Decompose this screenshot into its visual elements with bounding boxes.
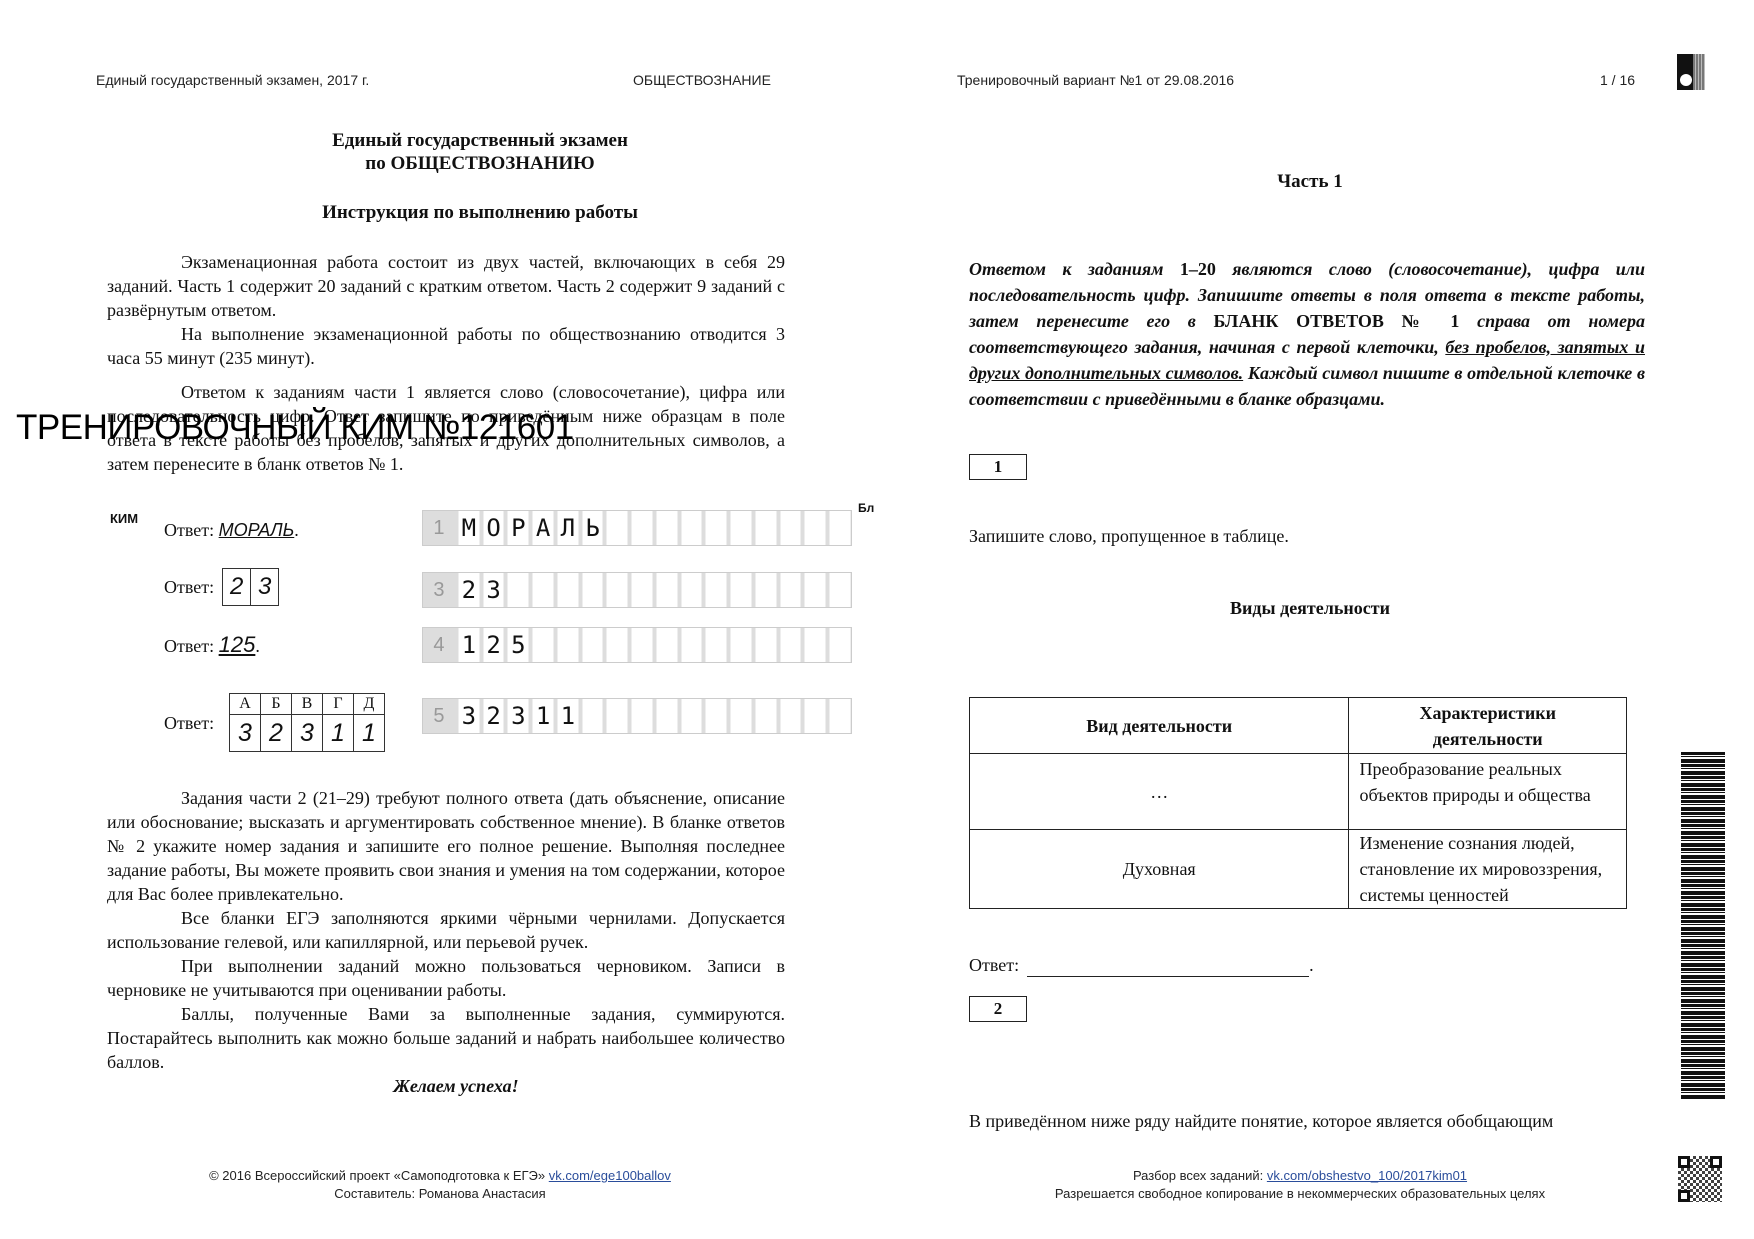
answer-table-header: Д bbox=[354, 694, 385, 715]
qr-code-icon bbox=[1678, 1156, 1722, 1202]
blank-cell bbox=[829, 573, 851, 607]
blank-cell bbox=[780, 511, 802, 545]
answer-table-header: А bbox=[230, 694, 261, 715]
answer-field[interactable] bbox=[1027, 956, 1309, 977]
blank-task-number: 1 bbox=[423, 511, 455, 545]
part-title: Часть 1 bbox=[1230, 171, 1390, 193]
header-subject: ОБЩЕСТВОЗНАНИЕ bbox=[633, 72, 771, 88]
blank-cell bbox=[656, 628, 678, 662]
task-2-number: 2 bbox=[969, 996, 1027, 1022]
blank-cell bbox=[606, 699, 628, 733]
right-footer: Разбор всех заданий: vk.com/obshestvo_10… bbox=[1000, 1167, 1600, 1203]
blank-cell: Р bbox=[507, 511, 529, 545]
task-1-text: Запишите слово, пропущенное в таблице. bbox=[969, 524, 1289, 548]
blank-cell bbox=[606, 573, 628, 607]
table-cell: Духовная bbox=[970, 830, 1349, 909]
blank-cell bbox=[606, 628, 628, 662]
blank-cell bbox=[631, 511, 653, 545]
blank-cell: А bbox=[532, 511, 554, 545]
blank-cell bbox=[705, 628, 727, 662]
blank-task-number: 5 bbox=[423, 699, 455, 733]
answer-blank-row: 4125 bbox=[422, 627, 852, 663]
handwritten-answer: МОРАЛЬ bbox=[219, 520, 295, 540]
answer-blank-row: 1МОРАЛЬ bbox=[422, 510, 852, 546]
blank-cell bbox=[507, 573, 529, 607]
watermark: ТРЕНИРОВОЧНЫЙ КИМ №121601 bbox=[16, 408, 574, 448]
blank-cell bbox=[656, 699, 678, 733]
part1-instructions: Ответом к заданиям 1–20 являются слово (… bbox=[969, 256, 1645, 412]
blank-cell bbox=[656, 573, 678, 607]
closing-wish: Желаем успеха! bbox=[107, 1074, 785, 1098]
blank-cell bbox=[829, 628, 851, 662]
handwritten-answer: 125 bbox=[219, 632, 256, 657]
blank-cell: 5 bbox=[507, 628, 529, 662]
barcode-icon bbox=[1681, 752, 1725, 1100]
blank-cell: 2 bbox=[483, 628, 505, 662]
blank-cell bbox=[631, 573, 653, 607]
blank-cell bbox=[755, 573, 777, 607]
blank-cell bbox=[681, 573, 703, 607]
answer-table-value: 1 bbox=[354, 715, 385, 752]
task-2-text: В приведённом ниже ряду найдите понятие,… bbox=[969, 1109, 1553, 1133]
blank-cell bbox=[557, 573, 579, 607]
left-footer: © 2016 Всероссийский проект «Самоподгото… bbox=[140, 1167, 740, 1203]
table-cell: Изменение сознания людей, становление их… bbox=[1349, 830, 1627, 909]
answer-table-header: В bbox=[292, 694, 323, 715]
blank-cell bbox=[755, 628, 777, 662]
blank-cell: Ь bbox=[582, 511, 604, 545]
answer-table-value: 1 bbox=[323, 715, 354, 752]
blank-cell bbox=[681, 511, 703, 545]
paragraph-draft: При выполнении заданий можно пользоватьс… bbox=[107, 954, 785, 1002]
blank-cell: 1 bbox=[458, 628, 480, 662]
blank-cell bbox=[705, 699, 727, 733]
table-header-type: Вид деятельности bbox=[970, 698, 1349, 754]
blank-cell: О bbox=[483, 511, 505, 545]
paragraph-ink: Все бланки ЕГЭ заполняются яркими чёрным… bbox=[107, 906, 785, 954]
blank-cell bbox=[730, 699, 752, 733]
blank-cell bbox=[631, 628, 653, 662]
example-1-answer: Ответ: МОРАЛЬ. bbox=[164, 520, 299, 541]
answer-blank-row: 532311 bbox=[422, 698, 852, 734]
blank-cell bbox=[681, 628, 703, 662]
table-cell: Преобразование реальных объектов природы… bbox=[1349, 754, 1627, 830]
blank-cell bbox=[532, 628, 554, 662]
blank-cell: 1 bbox=[532, 699, 554, 733]
blank-cell: Л bbox=[557, 511, 579, 545]
answer-cells: 2 3 bbox=[222, 568, 279, 606]
header-exam-name: Единый государственный экзамен, 2017 г. bbox=[96, 72, 369, 88]
task-1-number: 1 bbox=[969, 454, 1027, 480]
answer-table-value: 2 bbox=[261, 715, 292, 752]
header-variant: Тренировочный вариант №1 от 29.08.2016 bbox=[957, 72, 1234, 88]
example-2-answer: Ответ: 2 3 bbox=[164, 568, 279, 606]
blank-cell bbox=[606, 511, 628, 545]
answer-blank-row: 323 bbox=[422, 572, 852, 608]
paragraph-scores: Баллы, полученные Вами за выполненные за… bbox=[107, 1002, 785, 1074]
blank-cell bbox=[582, 573, 604, 607]
blank-cell bbox=[582, 628, 604, 662]
paragraph-time: На выполнение экзаменационной работы по … bbox=[107, 322, 785, 370]
blank-cell bbox=[780, 628, 802, 662]
blank-task-number: 4 bbox=[423, 628, 455, 662]
example-3-answer: Ответ: 125. bbox=[164, 632, 260, 658]
blank-cell: 2 bbox=[483, 699, 505, 733]
kim-label: КИМ bbox=[110, 511, 138, 526]
blank-cell: М bbox=[458, 511, 480, 545]
blank-cell bbox=[829, 511, 851, 545]
blank-label: Бл bbox=[858, 501, 874, 515]
answer-table-value: 3 bbox=[230, 715, 261, 752]
blank-cell bbox=[780, 573, 802, 607]
blank-cell bbox=[705, 511, 727, 545]
blank-cell: 3 bbox=[483, 573, 505, 607]
blank-cell bbox=[557, 628, 579, 662]
answer-table-value: 3 bbox=[292, 715, 323, 752]
blank-cell bbox=[804, 699, 826, 733]
blank-cell bbox=[532, 573, 554, 607]
blank-cell bbox=[681, 699, 703, 733]
table-title: Виды деятельности bbox=[1150, 598, 1470, 619]
footer-link[interactable]: vk.com/obshestvo_100/2017kim01 bbox=[1267, 1168, 1467, 1183]
blank-cell bbox=[582, 699, 604, 733]
blank-cell bbox=[705, 573, 727, 607]
blank-cell bbox=[730, 511, 752, 545]
blank-cell: 2 bbox=[458, 573, 480, 607]
paragraph-part2: Задания части 2 (21–29) требуют полного … bbox=[107, 786, 785, 906]
paragraph-structure: Экзаменационная работа состоит из двух ч… bbox=[107, 250, 785, 322]
blank-cell bbox=[730, 573, 752, 607]
blank-cell bbox=[730, 628, 752, 662]
blank-cell bbox=[631, 699, 653, 733]
instructions-heading: Инструкция по выполнению работы bbox=[180, 201, 780, 224]
doc-title: Единый государственный экзамен по ОБЩЕСТ… bbox=[180, 129, 780, 175]
answer-table-header: Б bbox=[261, 694, 292, 715]
blank-cell bbox=[804, 511, 826, 545]
blank-cell bbox=[755, 511, 777, 545]
example-4-label: Ответ: bbox=[164, 713, 214, 734]
task-1-answer: Ответ: . bbox=[969, 953, 1314, 977]
table-header-characteristics: Характеристики деятельности bbox=[1349, 698, 1627, 754]
blank-cell bbox=[804, 573, 826, 607]
activity-table: Вид деятельности Характеристики деятельн… bbox=[969, 697, 1627, 909]
blank-cell: 1 bbox=[557, 699, 579, 733]
example-4-answer-table: АБВГД 32311 bbox=[229, 693, 385, 752]
blank-task-number: 3 bbox=[423, 573, 455, 607]
answer-table-header: Г bbox=[323, 694, 354, 715]
footer-link[interactable]: vk.com/ege100ballov bbox=[549, 1168, 671, 1183]
blank-cell: 3 bbox=[458, 699, 480, 733]
blank-cell bbox=[780, 699, 802, 733]
corner-marker-icon bbox=[1677, 54, 1705, 90]
blank-cell bbox=[804, 628, 826, 662]
blank-cell: 3 bbox=[507, 699, 529, 733]
table-cell-missing: … bbox=[970, 754, 1349, 830]
blank-cell bbox=[755, 699, 777, 733]
blank-cell bbox=[829, 699, 851, 733]
blank-cell bbox=[656, 511, 678, 545]
page-number: 1 / 16 bbox=[1600, 72, 1635, 88]
